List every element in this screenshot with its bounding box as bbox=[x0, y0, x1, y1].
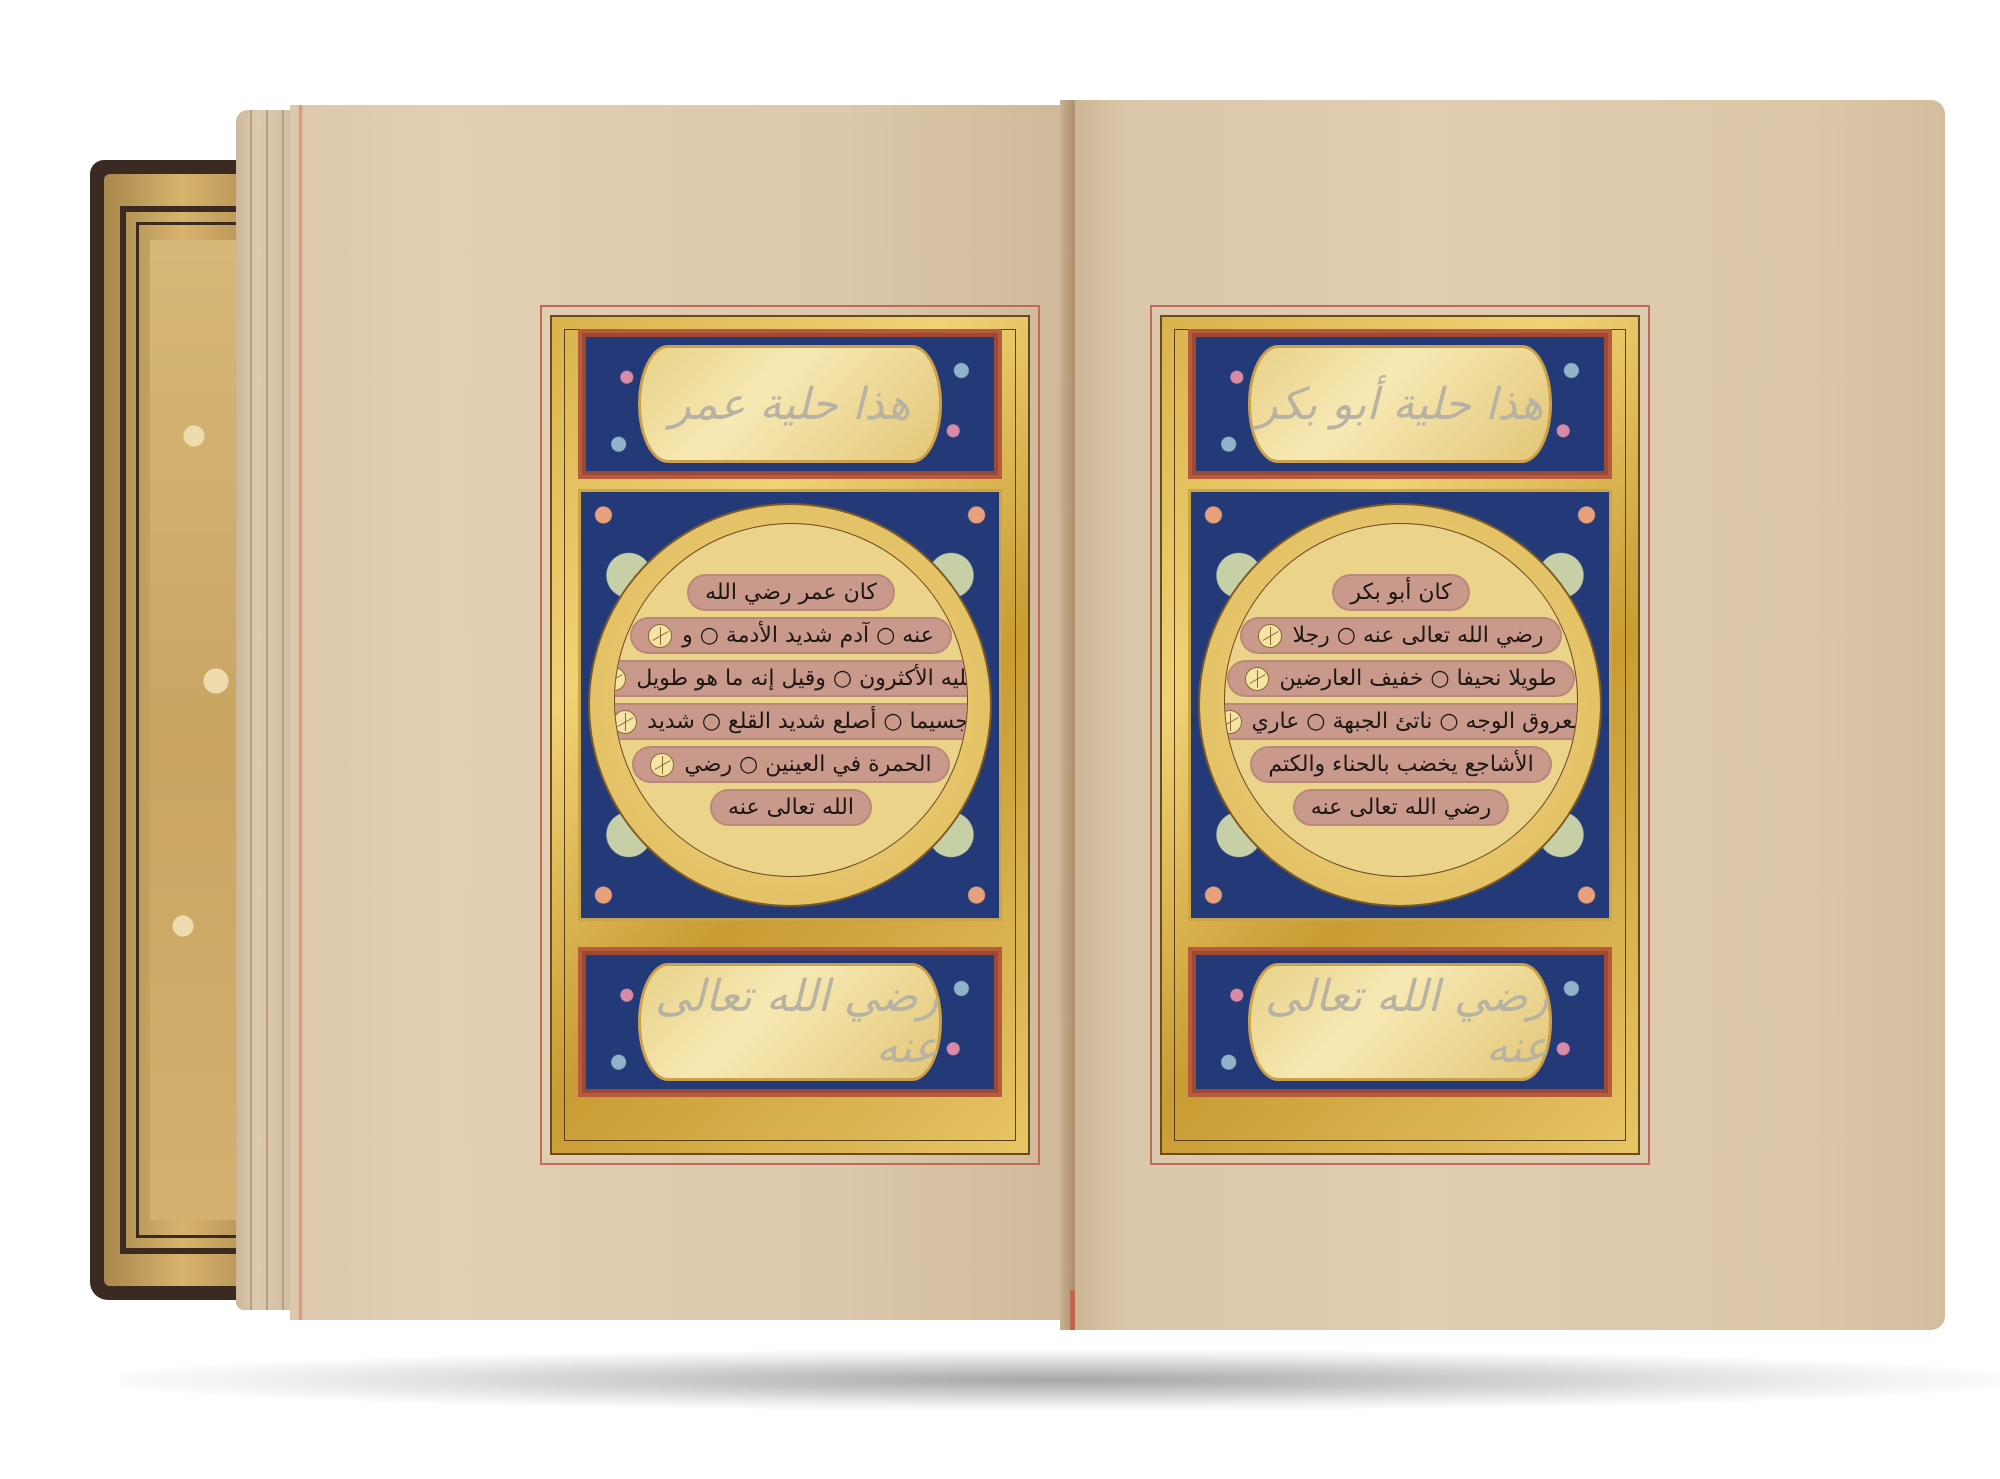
text-line: جسيما ○ أصلع شديد القلع ○ شديد bbox=[614, 705, 968, 738]
left-hilye-panel: هذا حلية عمر كان عمر رضي الله عنه ○ آدم … bbox=[540, 305, 1040, 1165]
text-line: معروق الوجه ○ ناتئ الجبهة ○ عاري bbox=[1224, 705, 1578, 738]
top-cartouche-text: هذا حلية أبو بكر bbox=[1256, 379, 1543, 430]
top-cartouche-text: هذا حلية عمر bbox=[669, 379, 910, 430]
right-page: هذا حلية أبو بكر كان أبو بكر رضي الله تع… bbox=[1075, 100, 1945, 1330]
left-page: هذا حلية عمر كان عمر رضي الله عنه ○ آدم … bbox=[290, 105, 1080, 1320]
text-line-content: رضي الله تعالى عنه ○ رجلا bbox=[1292, 623, 1543, 648]
rosette-verse-marker-icon bbox=[1245, 667, 1269, 691]
text-line-content: جسيما ○ أصلع شديد القلع ○ شديد bbox=[647, 709, 968, 734]
text-line: طويلا نحيفا ○ خفيف العارضين bbox=[1229, 662, 1572, 695]
text-line-content: معروق الوجه ○ ناتئ الجبهة ○ عاري bbox=[1252, 709, 1578, 734]
top-band: هذا حلية عمر bbox=[578, 329, 1002, 479]
text-line: كان عمر رضي الله bbox=[689, 576, 893, 609]
text-line: عنه ○ آدم شديد الأدمة ○ و bbox=[632, 619, 950, 652]
text-line-content: عليه الأكثرون ○ وقيل إنه ما هو طويل bbox=[636, 666, 968, 691]
text-line: رضي الله تعالى عنه ○ رجلا bbox=[1242, 619, 1559, 652]
text-line: رضي الله تعالى عنه bbox=[1295, 791, 1508, 824]
bottom-band: رضي الله تعالى عنه bbox=[578, 947, 1002, 1097]
text-line: كان أبو بكر bbox=[1334, 576, 1467, 609]
rosette-verse-marker-icon bbox=[614, 710, 637, 734]
book-cover bbox=[90, 160, 260, 1300]
rosette-verse-marker-icon bbox=[1224, 710, 1242, 734]
page-edge-stain bbox=[298, 105, 303, 1320]
text-line-content: الحمرة في العينين ○ رضي bbox=[684, 752, 931, 777]
text-line: عليه الأكثرون ○ وقيل إنه ما هو طويل bbox=[614, 662, 968, 695]
text-line: الله تعالى عنه bbox=[712, 791, 870, 824]
text-line-content: عنه ○ آدم شديد الأدمة ○ و bbox=[682, 623, 934, 648]
bottom-cartouche: رضي الله تعالى عنه bbox=[638, 963, 942, 1081]
rosette-verse-marker-icon bbox=[614, 667, 626, 691]
bottom-cartouche-text: رضي الله تعالى عنه bbox=[1251, 971, 1549, 1073]
roundel-text: كان عمر رضي الله عنه ○ آدم شديد الأدمة ○… bbox=[615, 524, 967, 876]
rosette-verse-marker-icon bbox=[1258, 624, 1282, 648]
top-cartouche: هذا حلية عمر bbox=[638, 345, 942, 463]
gold-roundel: كان عمر رضي الله عنه ○ آدم شديد الأدمة ○… bbox=[590, 505, 990, 905]
roundel-inner: كان أبو بكر رضي الله تعالى عنه ○ رجلا طو… bbox=[1224, 523, 1578, 877]
rosette-verse-marker-icon bbox=[650, 753, 674, 777]
text-line-content: طويلا نحيفا ○ خفيف العارضين bbox=[1279, 666, 1556, 691]
top-band: هذا حلية أبو بكر bbox=[1188, 329, 1612, 479]
roundel-inner: كان عمر رضي الله عنه ○ آدم شديد الأدمة ○… bbox=[614, 523, 968, 877]
bottom-cartouche-text: رضي الله تعالى عنه bbox=[641, 971, 939, 1073]
bottom-band: رضي الله تعالى عنه bbox=[1188, 947, 1612, 1097]
text-line: الأشاجع يخضب بالحناء والكتم bbox=[1252, 748, 1549, 781]
rosette-verse-marker-icon bbox=[648, 624, 672, 648]
central-band: كان أبو بكر رضي الله تعالى عنه ○ رجلا طو… bbox=[1188, 489, 1612, 921]
page-edge bbox=[250, 110, 252, 1310]
book-shadow bbox=[120, 1350, 2000, 1410]
gold-roundel: كان أبو بكر رضي الله تعالى عنه ○ رجلا طو… bbox=[1200, 505, 1600, 905]
page-edge bbox=[266, 110, 268, 1310]
top-cartouche: هذا حلية أبو بكر bbox=[1248, 345, 1552, 463]
page-edge bbox=[282, 110, 284, 1310]
right-hilye-panel: هذا حلية أبو بكر كان أبو بكر رضي الله تع… bbox=[1150, 305, 1650, 1165]
text-line: الحمرة في العينين ○ رضي bbox=[634, 748, 947, 781]
central-band: كان عمر رضي الله عنه ○ آدم شديد الأدمة ○… bbox=[578, 489, 1002, 921]
bottom-cartouche: رضي الله تعالى عنه bbox=[1248, 963, 1552, 1081]
roundel-text: كان أبو بكر رضي الله تعالى عنه ○ رجلا طو… bbox=[1225, 524, 1577, 876]
